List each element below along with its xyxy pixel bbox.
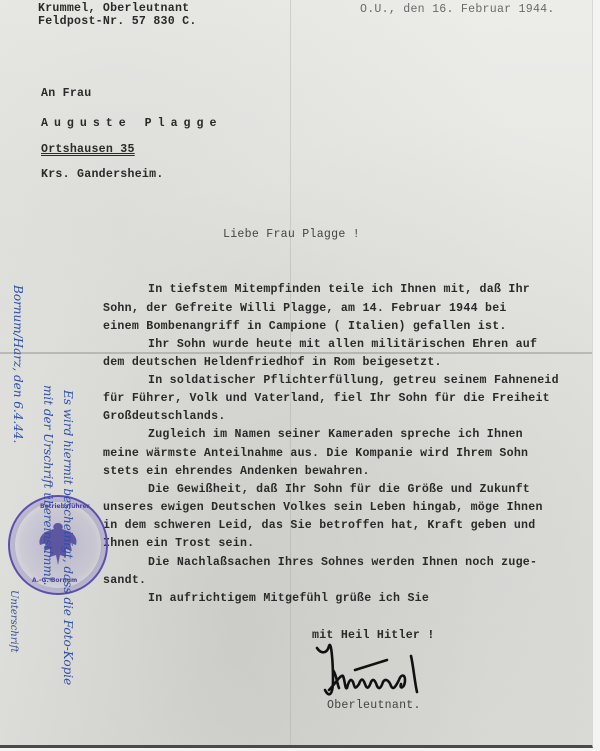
signature [315, 640, 455, 702]
salutation: Liebe Frau Plagge ! [223, 229, 360, 241]
closing-rank: Oberleutnant. [327, 700, 421, 712]
body-line: In tiefstem Mitempfinden teile ich Ihnen… [148, 284, 530, 296]
body-line: In soldatischer Pflichterfüllung, getreu… [148, 375, 559, 387]
body-line: in dem schweren Leid, das Sie betroffen … [103, 520, 535, 532]
body-line: Ihnen ein Trost sein. [103, 538, 254, 550]
body-line: meine wärmste Anteilnahme aus. Die Kompa… [103, 448, 528, 460]
body-line: stets ein ehrendes Andenken bewahren. [103, 466, 370, 478]
handwritten-place-date: Bornum/Harz, den 6.4.44. [11, 285, 25, 443]
body-line: einem Bombenangriff in Campione ( Italie… [103, 321, 507, 333]
sender-feldpost: Feldpost-Nr. 57 830 C. [38, 16, 197, 28]
handwritten-signature: Unterschrift [8, 590, 19, 652]
body-line: Großdeutschlands. [103, 411, 226, 423]
body-line: Ihr Sohn wurde heute mit allen militäris… [148, 339, 537, 351]
sender-name-rank: Krummel, Oberleutnant [38, 3, 189, 15]
fold-line-vertical [290, 0, 291, 745]
recipient-prefix: An Frau [41, 88, 91, 100]
body-line: dem deutschen Heldenfriedhof in Rom beig… [103, 357, 442, 369]
letter-date: O.U., den 16. Februar 1944. [360, 4, 555, 16]
fold-line-horizontal [0, 352, 592, 354]
letter-page: Krummel, Oberleutnant Feldpost-Nr. 57 83… [0, 0, 593, 748]
body-line: unseres ewigen Deutschen Volkes sein Leb… [103, 502, 543, 514]
body-line: Die Nachlaßsachen Ihres Sohnes werden Ih… [148, 557, 537, 569]
body-line: Sohn, der Gefreite Willi Plagge, am 14. … [103, 303, 507, 315]
body-line: für Führer, Volk und Vaterland, fiel Ihr… [103, 393, 550, 405]
official-stamp: Betriebsführer A.-G. Bornum [8, 495, 108, 595]
handwritten-certification-line1: Es wird hiermit bescheinigt, dass die Fo… [61, 390, 75, 685]
body-line: Zugleich im Namen seiner Kameraden sprec… [148, 429, 523, 441]
body-line: sandt. [103, 575, 146, 587]
body-line: In aufrichtigem Mitgefühl grüße ich Sie [148, 593, 429, 605]
recipient-name: Auguste Plagge [41, 118, 222, 130]
handwritten-certification-line2: mit der Urschrift übereinstimmt. [41, 385, 55, 585]
body-line: Die Gewißheit, daß Ihr Sohn für die Größ… [148, 484, 530, 496]
recipient-district: Krs. Gandersheim. [41, 169, 164, 181]
recipient-street: Ortshausen 35 [41, 144, 135, 156]
